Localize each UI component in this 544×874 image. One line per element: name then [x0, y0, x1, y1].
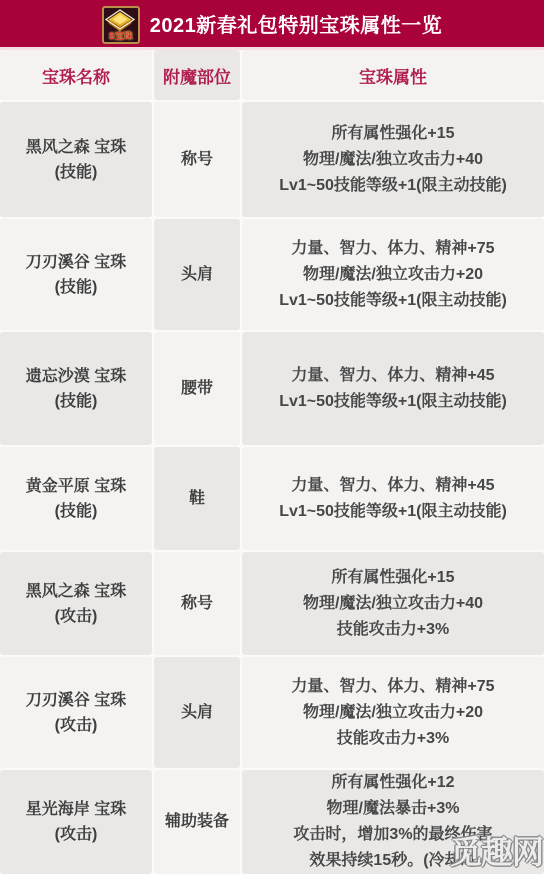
gem-name: 黑风之森 宝珠	[26, 579, 126, 604]
gem-name-cell: 黑风之森 宝珠(技能)	[0, 102, 152, 217]
gem-variant: (技能)	[55, 499, 98, 524]
enchant-slot: 头肩	[181, 701, 213, 725]
gem-attributes-cell: 力量、智力、体力、精神+45Lv1~50技能等级+1(限主动技能)	[242, 332, 544, 445]
enchant-slot-cell: 头肩	[154, 657, 240, 768]
gem-name: 星光海岸 宝珠	[26, 797, 126, 822]
gem-attributes-cell: 力量、智力、体力、精神+75物理/魔法/独立攻击力+20技能攻击力+3%	[242, 657, 544, 768]
gem-attribute-line: 物理/魔法/独立攻击力+20	[303, 262, 483, 288]
enchant-slot: 头肩	[181, 263, 213, 287]
gem-icon-label: S宝珠	[104, 29, 138, 42]
gem-variant: (技能)	[55, 275, 98, 300]
enchant-slot-cell: 头肩	[154, 219, 240, 330]
enchant-slot: 称号	[181, 592, 213, 616]
gem-name: 刀刃溪谷 宝珠	[26, 688, 126, 713]
enchant-slot-cell: 鞋	[154, 447, 240, 550]
gem-name: 刀刃溪谷 宝珠	[26, 250, 126, 275]
enchant-slot: 腰带	[181, 377, 213, 401]
gem-attribute-line: Lv1~50技能等级+1(限主动技能)	[279, 389, 507, 415]
gem-attribute-line: 力量、智力、体力、精神+75	[291, 674, 494, 700]
gem-table: 宝珠名称 附魔部位 宝珠属性 黑风之森 宝珠(技能)称号所有属性强化+15物理/…	[0, 50, 544, 874]
table-row: 遗忘沙漠 宝珠(技能)腰带力量、智力、体力、精神+45Lv1~50技能等级+1(…	[0, 332, 544, 445]
gem-attribute-line: 所有属性强化+15	[331, 565, 454, 591]
enchant-slot: 鞋	[189, 487, 205, 511]
table-row: 黄金平原 宝珠(技能)鞋力量、智力、体力、精神+45Lv1~50技能等级+1(限…	[0, 447, 544, 550]
column-header-gem-name: 宝珠名称	[0, 50, 152, 100]
gem-attribute-line: 物理/魔法暴击+3%	[327, 796, 460, 822]
gem-variant: (攻击)	[55, 713, 98, 738]
gem-attributes-cell: 所有属性强化+15物理/魔法/独立攻击力+40技能攻击力+3%	[242, 552, 544, 655]
table-body: 黑风之森 宝珠(技能)称号所有属性强化+15物理/魔法/独立攻击力+40Lv1~…	[0, 102, 544, 874]
gem-attribute-line: 物理/魔法/独立攻击力+20	[303, 700, 483, 726]
column-header-enchant-slot: 附魔部位	[154, 50, 240, 100]
gem-name-cell: 刀刃溪谷 宝珠(攻击)	[0, 657, 152, 768]
enchant-slot-cell: 称号	[154, 102, 240, 217]
gem-attribute-line: 力量、智力、体力、精神+45	[291, 363, 494, 389]
enchant-slot-cell: 辅助装备	[154, 770, 240, 874]
enchant-slot-cell: 称号	[154, 552, 240, 655]
s-gem-item-icon: S宝珠	[102, 6, 140, 44]
gem-attribute-line: 力量、智力、体力、精神+45	[291, 473, 494, 499]
gem-name-cell: 刀刃溪谷 宝珠(技能)	[0, 219, 152, 330]
enchant-slot: 辅助装备	[165, 810, 229, 834]
gem-attribute-line: 所有属性强化+12	[331, 770, 454, 796]
enchant-slot: 称号	[181, 148, 213, 172]
gem-variant: (攻击)	[55, 822, 98, 847]
gem-attribute-line: Lv1~50技能等级+1(限主动技能)	[279, 499, 507, 525]
gem-variant: (攻击)	[55, 604, 98, 629]
gem-attribute-line: 技能攻击力+3%	[337, 617, 449, 643]
gem-attributes-cell: 力量、智力、体力、精神+45Lv1~50技能等级+1(限主动技能)	[242, 447, 544, 550]
title-bar: S宝珠 2021新春礼包特别宝珠属性一览	[0, 0, 544, 47]
table-row: 黑风之森 宝珠(技能)称号所有属性强化+15物理/魔法/独立攻击力+40Lv1~…	[0, 102, 544, 217]
gem-attribute-line: 所有属性强化+15	[331, 121, 454, 147]
gem-attribute-line: 力量、智力、体力、精神+75	[291, 236, 494, 262]
gem-name-cell: 黑风之森 宝珠(攻击)	[0, 552, 152, 655]
gem-name: 遗忘沙漠 宝珠	[26, 364, 126, 389]
gem-attribute-line: 物理/魔法/独立攻击力+40	[303, 147, 483, 173]
gem-attributes-cell: 所有属性强化+15物理/魔法/独立攻击力+40Lv1~50技能等级+1(限主动技…	[242, 102, 544, 217]
gem-name: 黑风之森 宝珠	[26, 135, 126, 160]
enchant-slot-cell: 腰带	[154, 332, 240, 445]
gem-name-cell: 遗忘沙漠 宝珠(技能)	[0, 332, 152, 445]
gem-name-cell: 黄金平原 宝珠(技能)	[0, 447, 152, 550]
gem-attributes-cell: 力量、智力、体力、精神+75物理/魔法/独立攻击力+20Lv1~50技能等级+1…	[242, 219, 544, 330]
gem-attribute-line: Lv1~50技能等级+1(限主动技能)	[279, 288, 507, 314]
gem-attribute-line: 物理/魔法/独立攻击力+40	[303, 591, 483, 617]
page-title: 2021新春礼包特别宝珠属性一览	[150, 9, 443, 38]
gem-name-cell: 星光海岸 宝珠(攻击)	[0, 770, 152, 874]
table-header-row: 宝珠名称 附魔部位 宝珠属性	[0, 50, 544, 100]
table-row: 刀刃溪谷 宝珠(攻击)头肩力量、智力、体力、精神+75物理/魔法/独立攻击力+2…	[0, 657, 544, 768]
gem-name: 黄金平原 宝珠	[26, 474, 126, 499]
gem-variant: (技能)	[55, 389, 98, 414]
gem-attribute-line: Lv1~50技能等级+1(限主动技能)	[279, 173, 507, 199]
gem-variant: (技能)	[55, 160, 98, 185]
watermark: 觅趣网	[450, 827, 543, 873]
table-row: 刀刃溪谷 宝珠(技能)头肩力量、智力、体力、精神+75物理/魔法/独立攻击力+2…	[0, 219, 544, 330]
gem-attribute-line: 技能攻击力+3%	[337, 726, 449, 752]
gem-attributes-page: S宝珠 2021新春礼包特别宝珠属性一览 宝珠名称 附魔部位 宝珠属性 黑风之森…	[0, 0, 544, 874]
table-row: 黑风之森 宝珠(攻击)称号所有属性强化+15物理/魔法/独立攻击力+40技能攻击…	[0, 552, 544, 655]
column-header-gem-attributes: 宝珠属性	[242, 50, 544, 100]
